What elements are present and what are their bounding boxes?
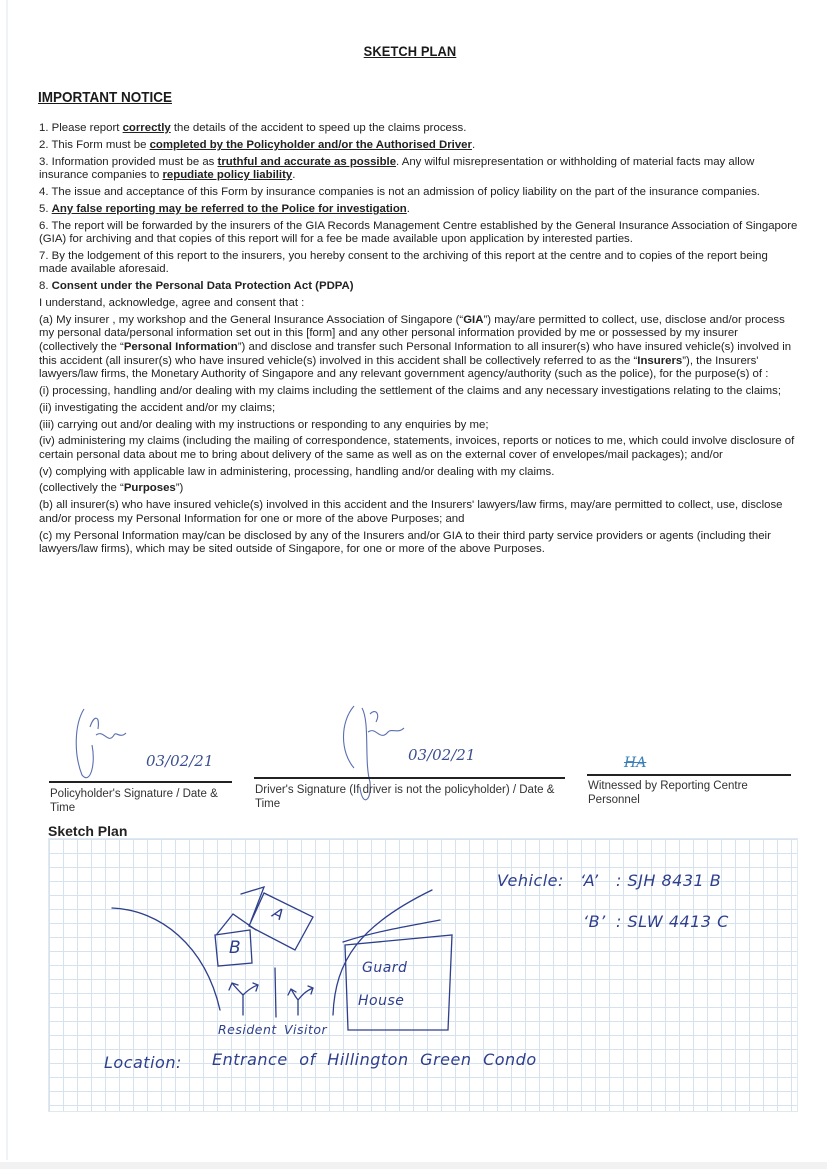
notice-item-8: 8. Consent under the Personal Data Prote…: [39, 280, 799, 294]
pdpa-intro: I understand, acknowledge, agree and con…: [39, 297, 799, 311]
car-b-label: B: [229, 938, 241, 958]
notice-item-6: 6. The report will be forwarded by the i…: [39, 220, 799, 247]
lane-label-resident: Resident: [218, 1022, 277, 1037]
driver-date: 03/02/21: [408, 746, 475, 764]
pdpa-purposes-definition: (collectively the “Purposes”): [39, 482, 799, 496]
notice-item-7: 7. By the lodgement of this report to th…: [39, 250, 799, 277]
vehicle-a-plate: : SJH 8431 B: [616, 871, 721, 890]
notice-item-5: 5. Any false reporting may be referred t…: [39, 203, 799, 217]
vehicle-label: Vehicle:: [497, 871, 564, 890]
page-title: SKETCH PLAN: [33, 43, 787, 59]
notice-item-2: 2. This Form must be completed by the Po…: [39, 139, 799, 153]
guard-house-label-2: House: [358, 993, 404, 1009]
vehicle-a-id: ‘A’: [580, 871, 599, 890]
policyholder-signature-label: Policyholder's Signature / Date & Time: [50, 787, 235, 815]
signature-line: [587, 774, 791, 776]
pdpa-clause-a: (a) My insurer , my workshop and the Gen…: [39, 314, 799, 382]
signature-line: [49, 781, 232, 783]
vehicle-b-id: ‘B’: [583, 912, 606, 931]
notice-heading: IMPORTANT NOTICE: [38, 89, 172, 106]
driver-signature-label: Driver's Signature (If driver is not the…: [255, 783, 565, 811]
pdpa-purpose-v: (v) complying with applicable law in adm…: [39, 466, 799, 480]
notice-item-1: 1. Please report correctly the details o…: [39, 122, 799, 136]
lane-label-visitor: Visitor: [284, 1022, 327, 1037]
witness-signature-label: Witnessed by Reporting Centre Personnel: [588, 779, 778, 807]
policyholder-signature: [70, 705, 140, 785]
notice-item-3: 3. Information provided must be as truth…: [39, 156, 799, 183]
sketch-plan-heading: Sketch Plan: [48, 823, 127, 839]
page-edge: [0, 1162, 827, 1169]
signature-line: [254, 777, 565, 779]
location-label: Location:: [104, 1053, 182, 1072]
policyholder-date: 03/02/21: [146, 752, 213, 770]
witness-initials: HA: [624, 755, 646, 771]
location-value: Entrance of Hillington Green Condo: [212, 1050, 537, 1069]
vehicle-b-plate: : SLW 4413 C: [616, 912, 729, 931]
guard-house-label-1: Guard: [362, 960, 407, 976]
pdpa-purpose-iii: (iii) carrying out and/or dealing with m…: [39, 419, 799, 433]
pdpa-clause-b: (b) all insurer(s) who have insured vehi…: [39, 499, 799, 526]
pdpa-purpose-iv: (iv) administering my claims (including …: [39, 435, 799, 462]
important-notice: 1. Please report correctly the details o…: [39, 122, 799, 560]
pdpa-clause-c: (c) my Personal Information may/can be d…: [39, 530, 799, 557]
notice-item-4: 4. The issue and acceptance of this Form…: [39, 186, 799, 200]
pdpa-purpose-i: (i) processing, handling and/or dealing …: [39, 385, 799, 399]
page-edge: [6, 0, 8, 1160]
pdpa-purpose-ii: (ii) investigating the accident and/or m…: [39, 402, 799, 416]
